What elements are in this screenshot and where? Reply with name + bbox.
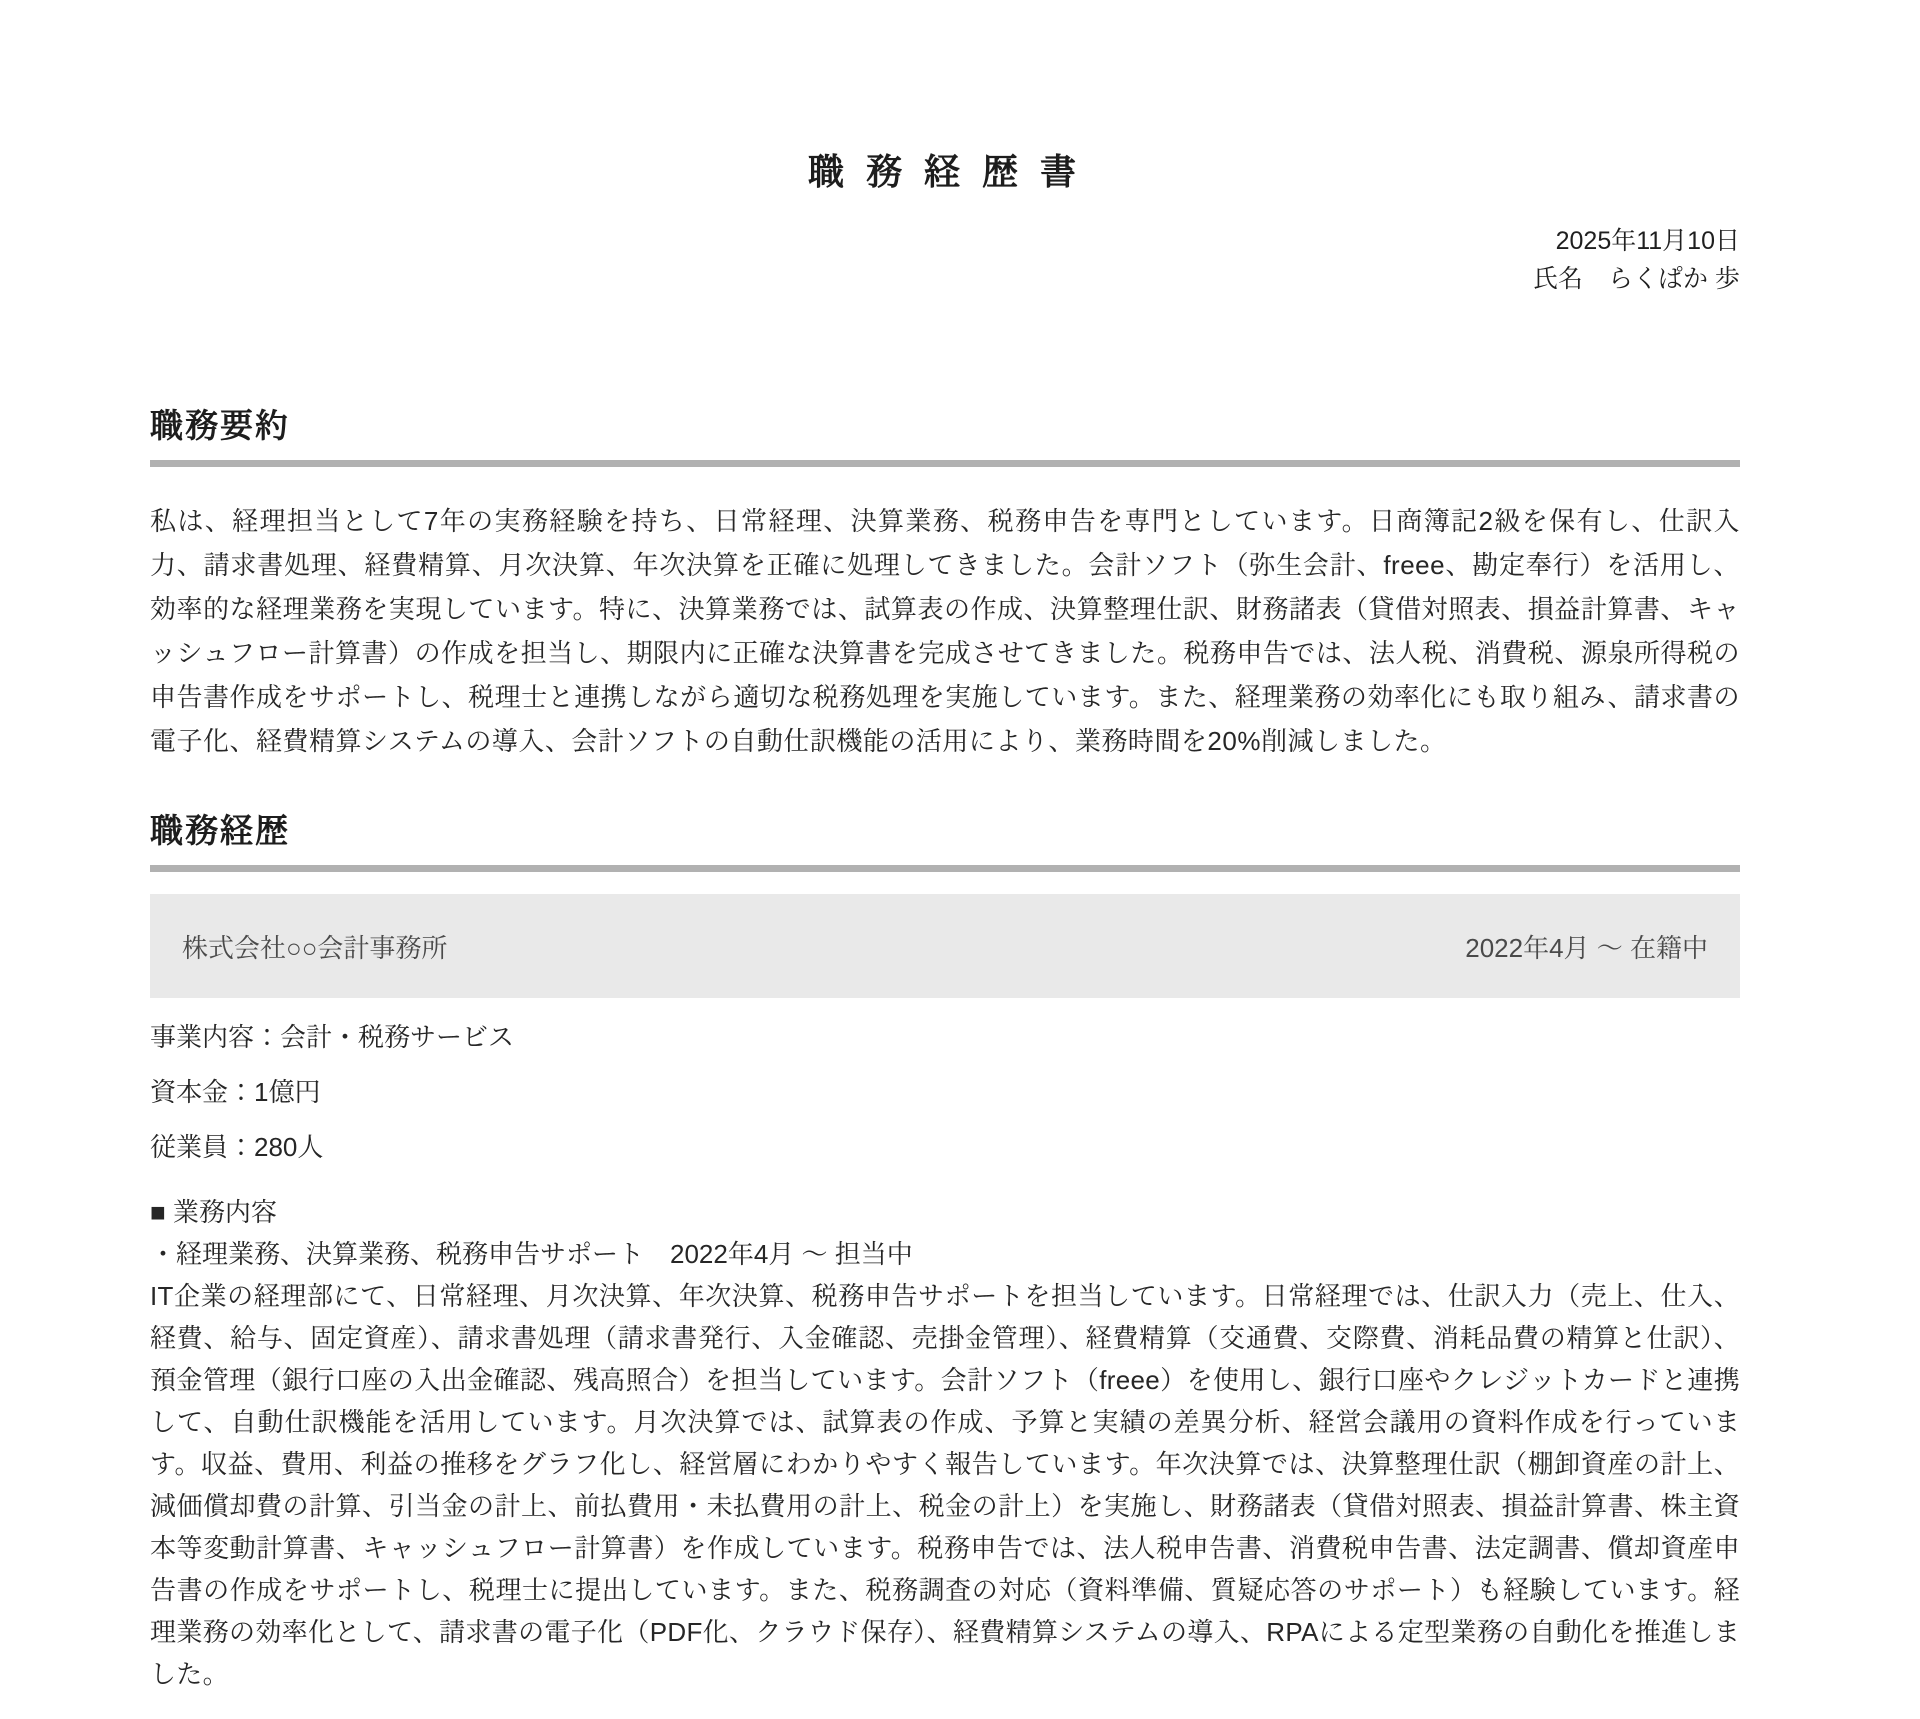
summary-heading: 職務要約 <box>150 406 1740 446</box>
duties-block: ■ 業務内容 ・経理業務、決算業務、税務申告サポート 2022年4月 ～ 担当中… <box>150 1191 1740 1695</box>
company-details: 事業内容：会計・税務サービス 資本金：1億円 従業員：280人 <box>150 1021 1740 1163</box>
summary-section: 職務要約 私は、経理担当として7年の実務経験を持ち、日常経理、決算業務、税務申告… <box>150 406 1740 763</box>
resume-page: 職 務 経 歴 書 2025年11月10日 氏名 らくぱか 歩 職務要約 私は、… <box>0 0 1920 1719</box>
history-divider <box>150 865 1740 872</box>
applicant-name: 氏名 らくぱか 歩 <box>150 260 1740 298</box>
resume-content: 職 務 経 歴 書 2025年11月10日 氏名 らくぱか 歩 職務要約 私は、… <box>150 150 1740 1695</box>
summary-divider <box>150 460 1740 467</box>
company-name: 株式会社○○会計事務所 <box>182 928 447 965</box>
company-detail-capital: 資本金：1億円 <box>150 1076 1740 1108</box>
company-detail-employees: 従業員：280人 <box>150 1131 1740 1163</box>
company-detail-business: 事業内容：会計・税務サービス <box>150 1021 1740 1053</box>
employment-period: 2022年4月 ～ 在籍中 <box>1465 928 1708 965</box>
document-date: 2025年11月10日 <box>150 222 1740 260</box>
document-header-meta: 2025年11月10日 氏名 らくぱか 歩 <box>150 222 1740 298</box>
document-title: 職 務 経 歴 書 <box>150 150 1740 194</box>
duties-description: IT企業の経理部にて、日常経理、月次決算、年次決算、税務申告サポートを担当してい… <box>150 1275 1740 1695</box>
duties-role-line: ・経理業務、決算業務、税務申告サポート 2022年4月 ～ 担当中 <box>150 1233 1740 1275</box>
company-header-band: 株式会社○○会計事務所 2022年4月 ～ 在籍中 <box>150 894 1740 998</box>
duties-label: ■ 業務内容 <box>150 1191 1740 1233</box>
summary-paragraph: 私は、経理担当として7年の実務経験を持ち、日常経理、決算業務、税務申告を専門とし… <box>150 499 1740 763</box>
history-section: 職務経歴 株式会社○○会計事務所 2022年4月 ～ 在籍中 事業内容：会計・税… <box>150 811 1740 1695</box>
history-heading: 職務経歴 <box>150 811 1740 851</box>
